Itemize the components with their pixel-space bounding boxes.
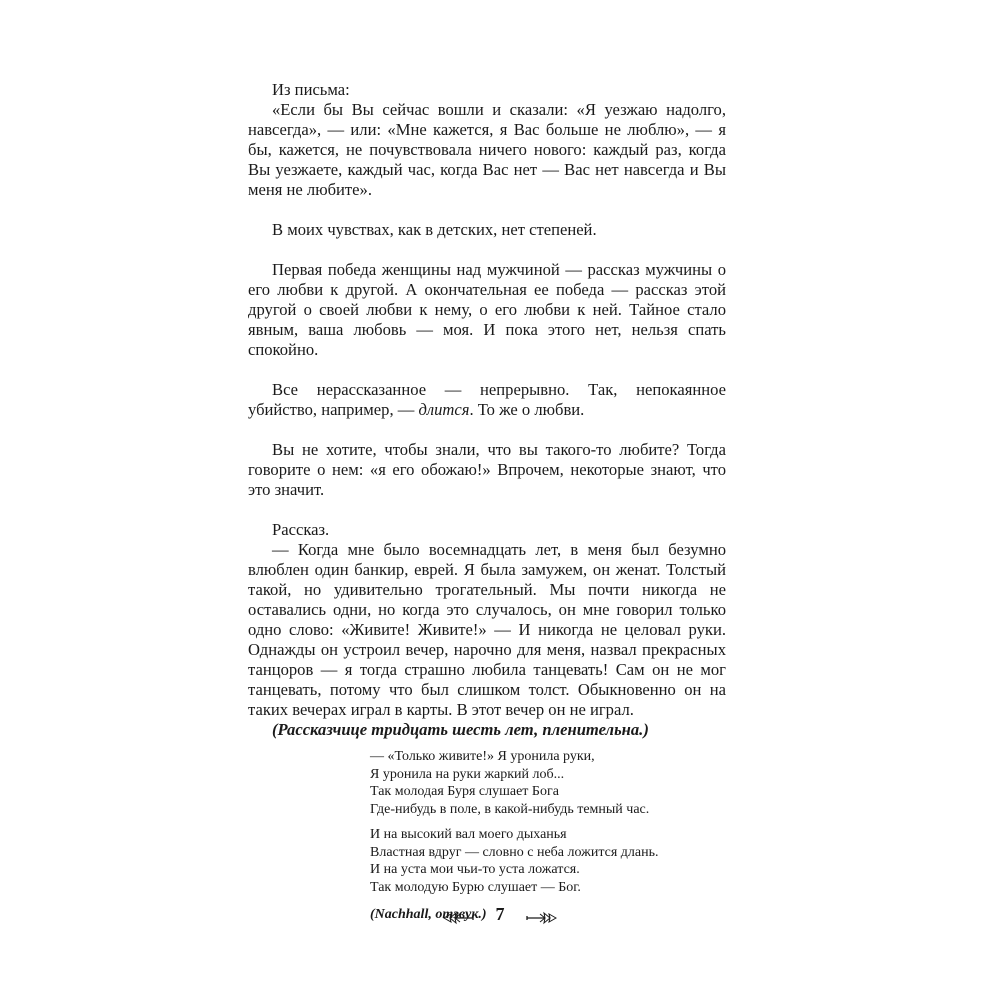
unspoken-italic: длится xyxy=(419,400,470,419)
page-body: Из письма: «Если бы Вы сейчас вошли и ск… xyxy=(248,80,726,924)
verse-line: И на уста мои чьи-то уста ложатся. xyxy=(370,861,726,879)
paragraph-first-victory: Первая победа женщины над мужчиной — рас… xyxy=(248,260,726,360)
paragraph-adore: Вы не хотите, чтобы знали, что вы такого… xyxy=(248,440,726,500)
verse-line: И на высокий вал моего дыханья xyxy=(370,826,726,844)
left-arrow-ornament-icon xyxy=(443,907,475,921)
paragraph-feelings: В моих чувствах, как в детских, нет степ… xyxy=(248,220,726,240)
verse-block: — «Только живите!» Я уронила руки, Я уро… xyxy=(370,748,726,924)
letter-quote: «Если бы Вы сейчас вошли и сказали: «Я у… xyxy=(248,100,726,200)
right-arrow-ornament-icon xyxy=(525,907,557,921)
letter-heading: Из письма: xyxy=(248,80,726,100)
verse-line: Где-нибудь в поле, в какой-нибудь темный… xyxy=(370,801,726,819)
page-footer: 7 xyxy=(0,900,1000,926)
unspoken-after: . То же о любви. xyxy=(470,400,585,419)
paragraph-unspoken: Все нерассказанное — непрерывно. Так, не… xyxy=(248,380,726,420)
verse-line: — «Только живите!» Я уронила руки, xyxy=(370,748,726,766)
verse-stanza-2: И на высокий вал моего дыханья Властная … xyxy=(370,826,726,896)
page-number: 7 xyxy=(496,902,505,926)
verse-line: Так молодая Буря слушает Бога xyxy=(370,783,726,801)
verse-stanza-1: — «Только живите!» Я уронила руки, Я уро… xyxy=(370,748,726,818)
story-text: — Когда мне было восемнадцать лет, в мен… xyxy=(248,540,726,720)
verse-line: Я уронила на руки жаркий лоб... xyxy=(370,766,726,784)
story-title: Рассказ. xyxy=(248,520,726,540)
story-note: (Рассказчице тридцать шесть лет, плените… xyxy=(248,720,726,740)
verse-line: Так молодую Бурю слушает — Бог. xyxy=(370,879,726,897)
verse-line: Властная вдруг — словно с неба ложится д… xyxy=(370,844,726,862)
